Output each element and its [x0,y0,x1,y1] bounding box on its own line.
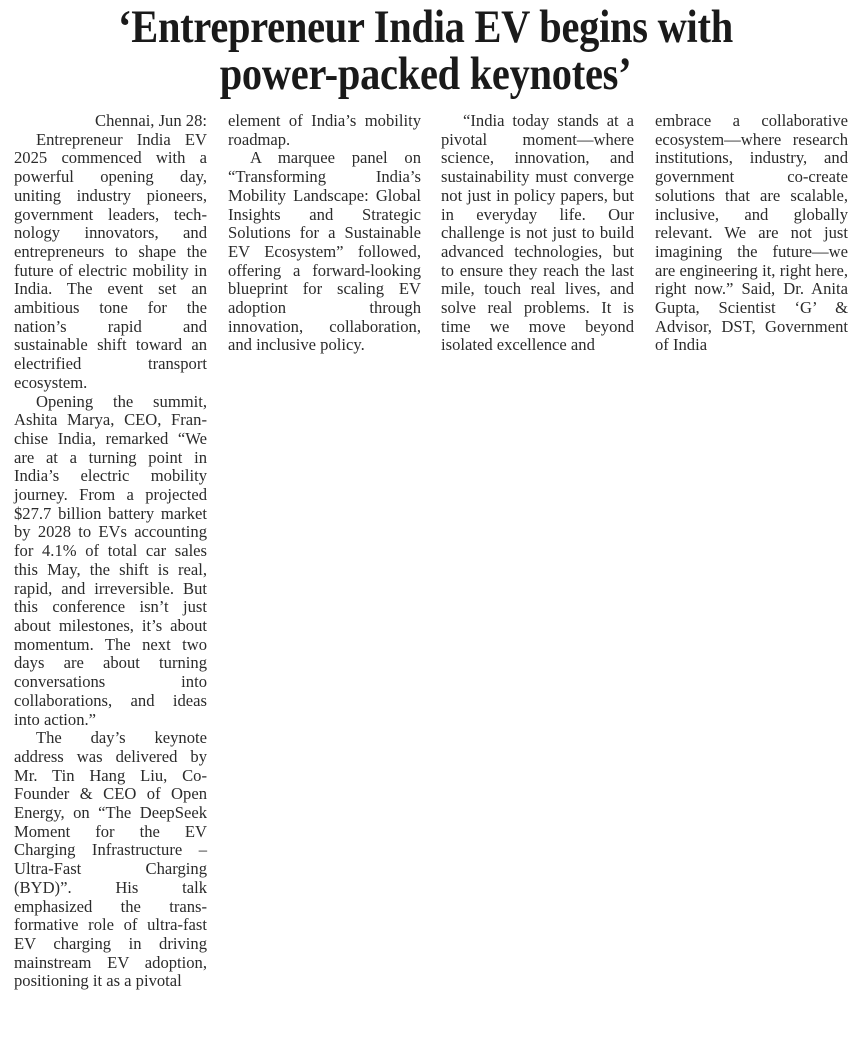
article-column-1: Chennai, Jun 28: Entrepreneur India EV 2… [14,112,207,991]
article-paragraph: Entrepreneur India EV 2025 commenced wit… [14,131,207,393]
article-column-3: “India today stands at a pivotal moment—… [441,112,634,355]
headline: ‘Entrepreneur India EV begins with power… [60,4,792,98]
article-paragraph: “India today stands at a pivotal moment—… [441,112,634,355]
article-paragraph: A marquee panel on “Transforming India’s… [228,149,421,355]
dateline: Chennai, Jun 28: [14,112,207,131]
article-column-2: element of India’s mobil­ity roadmap. A … [228,112,421,355]
headline-line-1: ‘Entrepreneur India EV begins with [60,4,792,51]
headline-line-2: power-packed keynotes’ [60,51,792,98]
article-paragraph: embrace a collaborative ecosystem—where … [655,112,848,355]
article-paragraph: element of India’s mobil­ity roadmap. [228,112,421,149]
article-paragraph: The day’s keynote address was delivered … [14,729,207,991]
article-paragraph: Opening the summit, Ashita Marya, CEO, F… [14,393,207,730]
article-column-4: embrace a collaborative ecosystem—where … [655,112,848,355]
